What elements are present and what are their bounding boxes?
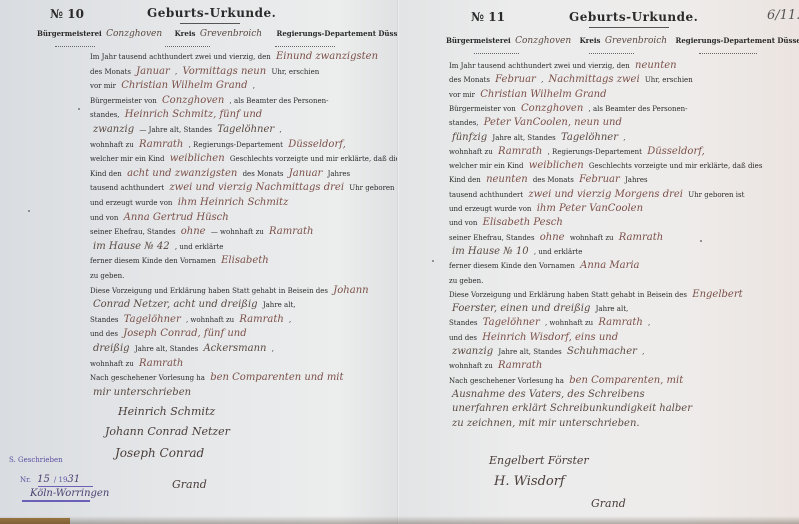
handwritten-entry: im Hause № 42 <box>93 241 170 252</box>
header-line: Bürgermeisterei Conzghoven Kreis Grevenb… <box>37 29 398 39</box>
printed-text: , Regierungs-Departement <box>189 141 283 149</box>
handwritten-entry: zwanzig <box>93 124 134 135</box>
text-line: unerfahren erklärt Schreibunkundigkeit h… <box>449 404 769 414</box>
handwritten-entry: Ramrath <box>239 314 283 325</box>
text-line: dreißig Jahre alt, Standes Ackersmann , <box>90 344 380 354</box>
printed-text: , wohnhaft zu <box>545 319 593 327</box>
text-line: seiner Ehefrau, Standes ohne — wohnhaft … <box>90 227 380 237</box>
handwritten-entry: Ramrath <box>598 317 642 328</box>
text-line: ferner diesem Kinde den Vornamen Anna Ma… <box>449 261 769 271</box>
text-line: und erzeugt wurde von ihm Peter VanCoole… <box>449 204 769 214</box>
handwritten-entry: Foerster, einen und dreißig <box>452 303 590 314</box>
printed-text: des Monats <box>90 68 131 76</box>
printed-text: , und erklärte <box>175 243 224 251</box>
text-line: Ausnahme des Vaters, des Schreibens <box>449 390 769 400</box>
text-line: Standes Tagelöhner , wohnhaft zu Ramrath… <box>449 318 769 328</box>
text-line: zwanzig — Jahre alt, Standes Tagelöhner … <box>90 125 380 135</box>
handwritten-entry: neunten <box>635 60 677 71</box>
printed-text: , wohnhaft zu <box>186 316 234 324</box>
text-line: und von Anna Gertrud Hüsch <box>90 213 380 223</box>
text-line: und von Elisabeth Pesch <box>449 218 769 228</box>
handwritten-entry: Nachmittags zwei <box>549 74 640 85</box>
signature-2: Johann Conrad Netzer <box>105 425 230 438</box>
handwritten-entry: Tagelöhner <box>483 317 540 328</box>
text-line: Foerster, einen und dreißig Jahre alt, <box>449 304 769 314</box>
printed-text: und von <box>449 219 477 227</box>
text-line: des Monats Februar , Nachmittags zwei Uh… <box>449 75 769 85</box>
printed-text: ferner diesem Kinde den Vornamen <box>449 262 575 270</box>
scan-shadow <box>0 516 799 524</box>
printed-text: wohnhaft zu <box>570 234 614 242</box>
paper-speck <box>28 210 30 212</box>
text-line: zu geben. <box>90 271 380 281</box>
left-page: № 10 Geburts-Urkunde. Bürgermeisterei Co… <box>0 0 398 524</box>
printed-text: Kind den <box>449 176 481 184</box>
handwritten-entry: ben Comparenten, mit <box>569 375 683 386</box>
text-line: vor mir Christian Wilhelm Grand , <box>90 81 380 91</box>
printed-text: wohnhaft zu <box>90 360 134 368</box>
handwritten-entry: weiblichen <box>529 160 584 171</box>
printed-text: , <box>623 134 625 142</box>
printed-text: Jahre alt, <box>263 301 296 309</box>
printed-text: wohnhaft zu <box>449 148 493 156</box>
printed-text: welcher mir ein Kind <box>449 162 524 170</box>
text-line: vor mir Christian Wilhelm Grand <box>449 90 769 100</box>
stamp-line-1: S. Geschrieben <box>9 456 63 464</box>
printed-text: Jahre alt, Standes <box>492 134 555 142</box>
text-line: ferner diesem Kinde den Vornamen Elisabe… <box>90 256 380 266</box>
kreis-label: Kreis <box>580 36 601 45</box>
printed-text: Nach geschehener Vorlesung ha <box>90 374 205 382</box>
printed-text: des Monats <box>449 76 490 84</box>
handwritten-entry: Tagelöhner <box>124 314 181 325</box>
text-line: tausend achthundert zwei und vierzig Mor… <box>449 190 769 200</box>
kreis-value: Grevenbroich <box>200 29 262 39</box>
text-line: wohnhaft zu Ramrath <box>449 361 769 371</box>
handwritten-entry: Tagelöhner <box>561 132 618 143</box>
text-line: zu zeichnen, mit mir unterschrieben. <box>449 419 769 429</box>
handwritten-entry: Schuhmacher <box>567 346 637 357</box>
handwritten-entry: neunten <box>486 174 528 185</box>
folio-number: 6/11. <box>767 8 799 23</box>
text-line: Conrad Netzer, acht und dreißig Jahre al… <box>90 300 380 310</box>
handwritten-entry: zwei und vierzig Morgens drei <box>528 189 683 200</box>
handwritten-entry: Februar <box>579 174 620 185</box>
handwritten-entry: Conzghoven <box>162 95 224 106</box>
handwritten-entry: Ramrath <box>139 358 183 369</box>
text-line: wohnhaft zu Ramrath , Regierungs-Departe… <box>449 147 769 157</box>
handwritten-entry: Ramrath <box>498 146 542 157</box>
printed-text: seiner Ehefrau, Standes <box>449 234 535 242</box>
dash-rule <box>589 53 634 54</box>
handwritten-entry: Anna Gertrud Hüsch <box>124 212 229 223</box>
printed-text: , <box>175 68 177 76</box>
printed-text: Bürgermeister von <box>90 97 157 105</box>
right-page: № 11 Geburts-Urkunde. 6/11. Bürgermeiste… <box>399 0 799 524</box>
printed-text: , <box>541 76 543 84</box>
printed-text: , und erklärte <box>534 248 583 256</box>
buergermeisterei-value: Conzghoven <box>515 36 571 46</box>
text-line: Im Jahr tausend achthundert zwei und vie… <box>449 61 769 71</box>
handwritten-entry: Februar <box>495 74 536 85</box>
text-line: standes, Heinrich Schmitz, fünf und <box>90 110 380 120</box>
printed-text: des Monats <box>243 170 284 178</box>
paper-speck <box>78 108 80 110</box>
printed-text: Im Jahr tausend achthundert zwei und vie… <box>90 53 271 61</box>
signature-2: H. Wisdorf <box>494 474 565 489</box>
printed-text: Diese Vorzeigung und Erklärung haben Sta… <box>449 291 687 299</box>
text-line: mir unterschrieben <box>90 388 380 398</box>
handwritten-entry: Düsseldorf, <box>647 146 705 157</box>
handwritten-entry: im Hause № 10 <box>452 246 529 257</box>
signature-4: Grand <box>172 478 207 491</box>
handwritten-entry: ihm Heinrich Schmitz <box>178 197 289 208</box>
buergermeisterei-label: Bürgermeisterei <box>37 29 102 38</box>
printed-text: des Monats <box>533 176 574 184</box>
printed-text: Jahres <box>625 176 648 184</box>
handwritten-entry: Heinrich Wisdorf, eins und <box>482 332 618 343</box>
handwritten-entry: Christian Wilhelm Grand <box>480 89 606 100</box>
printed-text: — wohnhaft zu <box>211 228 264 236</box>
text-line: Bürgermeister von Conzghoven , als Beamt… <box>90 96 380 106</box>
text-line: zwanzig Jahre alt, Standes Schuhmacher , <box>449 347 769 357</box>
text-line: wohnhaft zu Ramrath <box>90 359 380 369</box>
handwritten-entry: Ramrath <box>619 232 663 243</box>
title-rule <box>589 27 669 28</box>
handwritten-entry: fünfzig <box>452 132 487 143</box>
stamp-nr-label: Nr. <box>20 476 31 484</box>
printed-text: Jahre alt, Standes <box>135 345 198 353</box>
printed-text: zu geben. <box>90 272 124 280</box>
text-line: zu geben. <box>449 276 769 286</box>
dash-rule <box>55 46 95 47</box>
printed-text: Standes <box>449 319 478 327</box>
handwritten-entry: Anna Maria <box>580 260 639 271</box>
handwritten-entry: Einund zwanzigsten <box>276 51 378 62</box>
certificate-title: Geburts-Urkunde. <box>147 6 276 20</box>
printed-text: , <box>279 126 281 134</box>
text-line: Diese Vorzeigung und Erklärung haben Sta… <box>90 286 380 296</box>
dash-rule <box>699 53 757 54</box>
text-line: welcher mir ein Kind weiblichen Geschlec… <box>90 154 380 164</box>
text-line: Standes Tagelöhner , wohnhaft zu Ramrath… <box>90 315 380 325</box>
printed-text: Geschlechts vorzeigte und mir erklärte, … <box>589 162 763 170</box>
printed-text: und des <box>449 334 477 342</box>
handwritten-entry: zwanzig <box>452 346 493 357</box>
text-line: und erzeugt wurde von ihm Heinrich Schmi… <box>90 198 380 208</box>
department-label: Regierungs-Departement Düsseldorf. <box>676 36 799 45</box>
text-line: Kind den neunten des Monats Februar Jahr… <box>449 175 769 185</box>
handwritten-entry: Elisabeth Pesch <box>483 217 563 228</box>
text-line: und des Joseph Conrad, fünf und <box>90 329 380 339</box>
printed-text: vor mir <box>449 91 475 99</box>
printed-text: Uhr, erschien <box>645 76 693 84</box>
handwritten-entry: Conrad Netzer, acht und dreißig <box>93 299 258 310</box>
printed-text: , <box>648 319 650 327</box>
printed-text: Nach geschehener Vorlesung ha <box>449 377 564 385</box>
signature-3: Joseph Conrad <box>115 446 204 460</box>
printed-text: Jahre alt, <box>596 305 629 313</box>
text-line: welcher mir ein Kind weiblichen Geschlec… <box>449 161 769 171</box>
printed-text: und erzeugt wurde von <box>449 205 531 213</box>
handwritten-entry: ohne <box>181 226 206 237</box>
stamp-place: Köln-Worringen <box>30 488 109 499</box>
paper-speck <box>700 240 702 242</box>
printed-text: wohnhaft zu <box>449 362 493 370</box>
handwritten-entry: Januar <box>289 168 323 179</box>
printed-text: , <box>289 316 291 324</box>
printed-text: wohnhaft zu <box>90 141 134 149</box>
printed-text: Standes <box>90 316 119 324</box>
text-line: fünfzig Jahre alt, Standes Tagelöhner , <box>449 133 769 143</box>
printed-text: , Regierungs-Departement <box>548 148 642 156</box>
handwritten-entry: zwei und vierzig Nachmittags drei <box>169 182 344 193</box>
printed-text: Jahre alt, Standes <box>498 348 561 356</box>
handwritten-entry: ihm Peter VanCoolen <box>537 203 643 214</box>
text-line: und des Heinrich Wisdorf, eins und <box>449 333 769 343</box>
printed-text: ferner diesem Kinde den Vornamen <box>90 257 216 265</box>
department-label: Regierungs-Departement Düsseldorf. <box>277 29 398 38</box>
handwritten-entry: dreißig <box>93 343 130 354</box>
handwritten-entry: Ramrath <box>139 139 183 150</box>
printed-text: , <box>253 82 255 90</box>
handwritten-entry: Vormittags neun <box>182 66 266 77</box>
printed-text: tausend achthundert <box>90 184 164 192</box>
printed-text: zu geben. <box>449 277 483 285</box>
handwritten-entry: Januar <box>136 66 170 77</box>
handwritten-entry: Düsseldorf, <box>288 139 346 150</box>
handwritten-entry: acht und zwanzigsten <box>127 168 237 179</box>
text-line: tausend achthundert zwei und vierzig Nac… <box>90 183 380 193</box>
paper-speck <box>432 260 434 262</box>
certificate-number: № 10 <box>50 7 84 21</box>
printed-text: Uhr, erschien <box>271 68 319 76</box>
printed-text: Geschlechts vorzeigte und mir erklärte, … <box>230 155 398 163</box>
handwritten-entry: Heinrich Schmitz, fünf und <box>125 109 262 120</box>
handwritten-entry: Joseph Conrad, fünf und <box>123 328 246 339</box>
text-line: im Hause № 10 , und erklärte <box>449 247 769 257</box>
stamp-underline <box>38 486 93 487</box>
printed-text: , <box>272 345 274 353</box>
buergermeisterei-value: Conzghoven <box>106 29 162 39</box>
handwritten-entry: Ausnahme des Vaters, des Schreibens <box>452 389 645 400</box>
title-rule <box>180 23 240 24</box>
printed-text: , als Beamter des Personen- <box>589 105 688 113</box>
printed-text: standes, <box>449 119 479 127</box>
handwritten-entry: Engelbert <box>692 289 742 300</box>
printed-text: , als Beamter des Personen- <box>230 97 329 105</box>
printed-text: Uhr geboren ist <box>349 184 398 192</box>
header-line: Bürgermeisterei Conzghoven Kreis Grevenb… <box>446 36 799 46</box>
certificate-title: Geburts-Urkunde. <box>569 10 698 24</box>
printed-text: vor mir <box>90 82 116 90</box>
handwritten-entry: Peter VanCoolen, neun und <box>484 117 622 128</box>
signature-3: Grand <box>591 497 626 510</box>
printed-text: — Jahre alt, Standes <box>139 126 212 134</box>
handwritten-entry: Ackersmann <box>203 343 266 354</box>
text-line: wohnhaft zu Ramrath , Regierungs-Departe… <box>90 140 380 150</box>
text-line: Nach geschehener Vorlesung ha ben Compar… <box>90 373 380 383</box>
dash-rule <box>474 53 519 54</box>
buergermeisterei-label: Bürgermeisterei <box>446 36 511 45</box>
handwritten-entry: weiblichen <box>170 153 225 164</box>
text-line: standes, Peter VanCoolen, neun und <box>449 118 769 128</box>
printed-text: und des <box>90 330 118 338</box>
printed-text: und von <box>90 214 118 222</box>
certificate-number: № 11 <box>471 10 505 24</box>
text-line: seiner Ehefrau, Standes ohne wohnhaft zu… <box>449 233 769 243</box>
printed-text: und erzeugt wurde von <box>90 199 172 207</box>
text-line: Im Jahr tausend achthundert zwei und vie… <box>90 52 380 62</box>
signature-1: Engelbert Förster <box>489 454 589 467</box>
printed-text: , <box>642 348 644 356</box>
handwritten-entry: Elisabeth <box>221 255 269 266</box>
handwritten-entry: ben Comparenten und mit <box>210 372 343 383</box>
text-line: Diese Vorzeigung und Erklärung haben Sta… <box>449 290 769 300</box>
printed-text: seiner Ehefrau, Standes <box>90 228 176 236</box>
text-line: im Hause № 42 , und erklärte <box>90 242 380 252</box>
handwritten-entry: zu zeichnen, mit mir unterschrieben. <box>452 418 640 429</box>
dash-rule <box>275 46 335 47</box>
printed-text: Kind den <box>90 170 122 178</box>
kreis-label: Kreis <box>175 29 196 38</box>
handwritten-entry: Johann <box>333 285 368 296</box>
printed-text: tausend achthundert <box>449 191 523 199</box>
dash-rule <box>165 46 210 47</box>
printed-text: Im Jahr tausend achthundert zwei und vie… <box>449 62 630 70</box>
handwritten-entry: mir unterschrieben <box>93 387 191 398</box>
handwritten-entry: Christian Wilhelm Grand <box>121 80 247 91</box>
text-line: Nach geschehener Vorlesung ha ben Compar… <box>449 376 769 386</box>
stamp-year-value: 31 <box>67 474 80 485</box>
printed-text: welcher mir ein Kind <box>90 155 165 163</box>
signature-1: Heinrich Schmitz <box>118 405 215 418</box>
printed-text: Bürgermeister von <box>449 105 516 113</box>
handwritten-entry: Conzghoven <box>521 103 583 114</box>
kreis-value: Grevenbroich <box>605 36 667 46</box>
text-line: des Monats Januar , Vormittags neun Uhr,… <box>90 67 380 77</box>
stamp-number-line: Nr. 15/ 1931 <box>20 474 80 485</box>
text-line: Kind den acht und zwanzigsten des Monats… <box>90 169 380 179</box>
printed-text: Diese Vorzeigung und Erklärung haben Sta… <box>90 287 328 295</box>
handwritten-entry: ohne <box>540 232 565 243</box>
stamp-nr-value: 15 <box>37 474 50 485</box>
handwritten-entry: Tagelöhner <box>217 124 274 135</box>
handwritten-entry: Ramrath <box>498 360 542 371</box>
stamp-underline <box>22 500 90 502</box>
printed-text: Uhr geboren ist <box>688 191 744 199</box>
handwritten-entry: Ramrath <box>269 226 313 237</box>
text-line: Bürgermeister von Conzghoven , als Beamt… <box>449 104 769 114</box>
printed-text: Jahres <box>328 170 351 178</box>
printed-text: standes, <box>90 111 120 119</box>
stamp-place-value: Köln-Worringen <box>30 488 109 499</box>
handwritten-entry: unerfahren erklärt Schreibunkundigkeit h… <box>452 403 692 414</box>
